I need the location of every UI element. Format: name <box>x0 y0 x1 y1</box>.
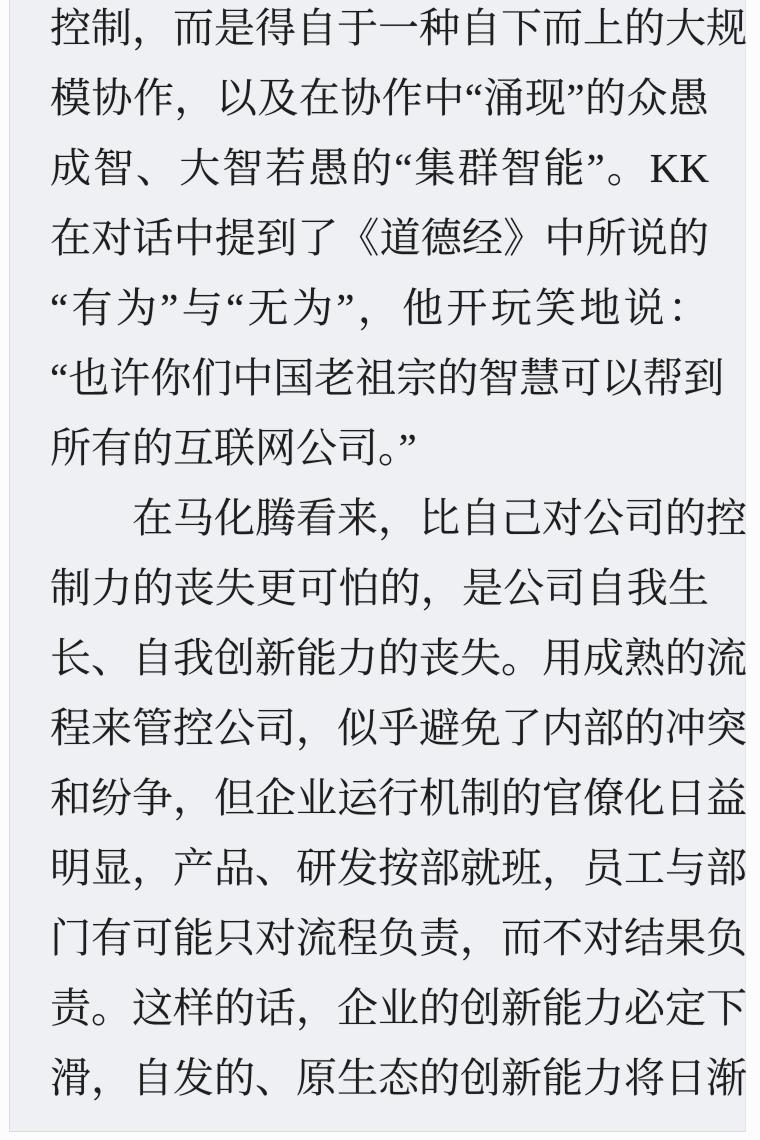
text-line: “也许你们中国老祖宗的智慧可以帮到 <box>50 343 709 413</box>
text-line-paragraph-end: 所有的互联网公司。” <box>50 413 709 483</box>
text-line: 制力的丧失更可怕的，是公司自我生 <box>50 553 709 623</box>
text-line: 和纷争，但企业运行机制的官僚化日益 <box>50 763 709 833</box>
book-text-column: 控制，而是得自于一种自下而上的大规 模协作，以及在协作中“涌现”的众愚 成智、大… <box>10 0 745 1113</box>
text-line: 明显，产品、研发按部就班，员工与部 <box>50 833 709 903</box>
text-line: 程来管控公司，似乎避免了内部的冲突 <box>50 693 709 763</box>
text-line: 控制，而是得自于一种自下而上的大规 <box>50 0 709 63</box>
text-line: 模协作，以及在协作中“涌现”的众愚 <box>50 63 709 133</box>
text-line: 长、自我创新能力的丧失。用成熟的流 <box>50 623 709 693</box>
text-line: 门有可能只对流程负责，而不对结果负 <box>50 903 709 973</box>
text-line: 滑，自发的、原生态的创新能力将日渐 <box>50 1043 709 1113</box>
text-line: 在对话中提到了《道德经》中所说的 <box>50 203 709 273</box>
text-line: 责。这样的话，企业的创新能力必定下 <box>50 973 709 1043</box>
text-line-paragraph-start: 在马化腾看来，比自己对公司的控 <box>50 483 709 553</box>
book-page[interactable]: 控制，而是得自于一种自下而上的大规 模协作，以及在协作中“涌现”的众愚 成智、大… <box>9 0 746 1132</box>
text-line: “有为”与“无为”，他开玩笑地说： <box>50 273 709 343</box>
text-line: 成智、大智若愚的“集群智能”。KK <box>50 133 709 203</box>
